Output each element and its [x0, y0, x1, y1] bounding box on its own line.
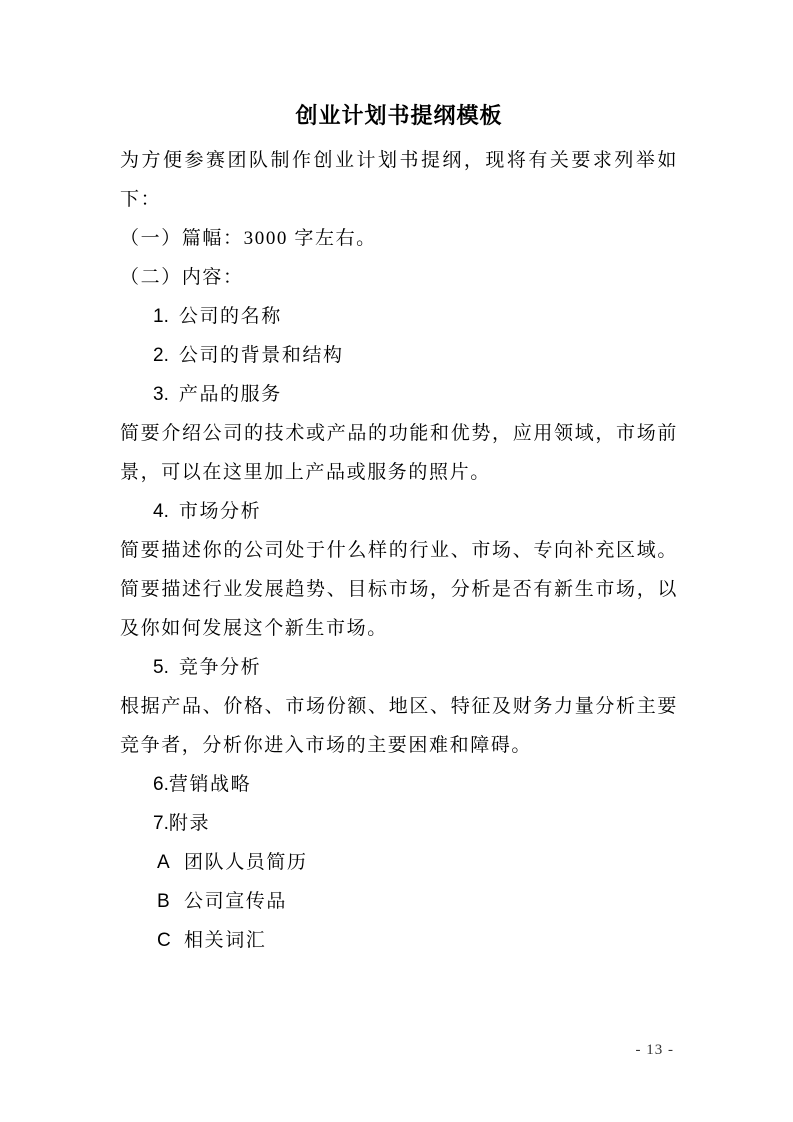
outline-item-3-title: 产品的服务 [179, 384, 282, 405]
outline-item-4-description: 简要描述你的公司处于什么样的行业、市场、专向补充区域。简要描述行业发展趋势、目标… [120, 531, 678, 648]
outline-item-1-number: 1. [153, 306, 169, 327]
requirement-2-label: （二） [120, 267, 182, 288]
outline-item-4: 4.市场分析 [120, 492, 678, 531]
requirement-1-label: （一） [120, 228, 182, 249]
outline-item-3-number: 3. [153, 384, 169, 405]
outline-item-4-number: 4. [153, 501, 169, 522]
appendix-a-label: A [157, 843, 184, 882]
appendix-item-a: A团队人员简历 [120, 843, 678, 882]
document-body: 创业计划书提纲模板 为方便参赛团队制作创业计划书提纲，现将有关要求列举如下： （… [120, 96, 678, 960]
outline-item-6: 6.营销战略 [120, 765, 678, 804]
requirement-1-text: 篇幅：3000 字左右。 [182, 228, 377, 249]
outline-item-5: 5.竞争分析 [120, 648, 678, 687]
appendix-c-label: C [157, 921, 184, 960]
appendix-item-c: C相关词汇 [120, 921, 678, 960]
outline-item-1-title: 公司的名称 [179, 306, 282, 327]
outline-item-5-description: 根据产品、价格、市场份额、地区、特征及财务力量分析主要竞争者，分析你进入市场的主… [120, 687, 678, 765]
outline-item-2-title: 公司的背景和结构 [179, 345, 344, 366]
appendix-a-text: 团队人员简历 [184, 852, 308, 873]
appendix-item-b: B公司宣传品 [120, 882, 678, 921]
outline-item-3: 3.产品的服务 [120, 375, 678, 414]
requirement-2-text: 内容： [182, 267, 244, 288]
intro-paragraph: 为方便参赛团队制作创业计划书提纲，现将有关要求列举如下： [120, 141, 678, 219]
requirement-item-1: （一）篇幅：3000 字左右。 [120, 219, 678, 258]
appendix-c-text: 相关词汇 [184, 930, 266, 951]
outline-item-5-number: 5. [153, 657, 169, 678]
outline-item-2-number: 2. [153, 345, 169, 366]
outline-item-2: 2.公司的背景和结构 [120, 336, 678, 375]
outline-item-3-description: 简要介绍公司的技术或产品的功能和优势，应用领域，市场前景，可以在这里加上产品或服… [120, 414, 678, 492]
outline-item-6-number: 6. [153, 774, 169, 795]
appendix-b-label: B [157, 882, 184, 921]
document-page: 创业计划书提纲模板 为方便参赛团队制作创业计划书提纲，现将有关要求列举如下： （… [0, 0, 793, 1122]
outline-item-6-title: 营销战略 [169, 774, 251, 795]
outline-item-7: 7.附录 [120, 804, 678, 843]
page-number: - 13 - [636, 1042, 675, 1059]
outline-item-5-title: 竞争分析 [179, 657, 261, 678]
outline-item-7-number: 7. [153, 813, 169, 834]
outline-item-4-title: 市场分析 [179, 501, 261, 522]
appendix-b-text: 公司宣传品 [184, 891, 287, 912]
outline-item-1: 1.公司的名称 [120, 297, 678, 336]
requirement-item-2: （二）内容： [120, 258, 678, 297]
outline-item-7-title: 附录 [169, 813, 210, 834]
document-title: 创业计划书提纲模板 [120, 96, 678, 136]
